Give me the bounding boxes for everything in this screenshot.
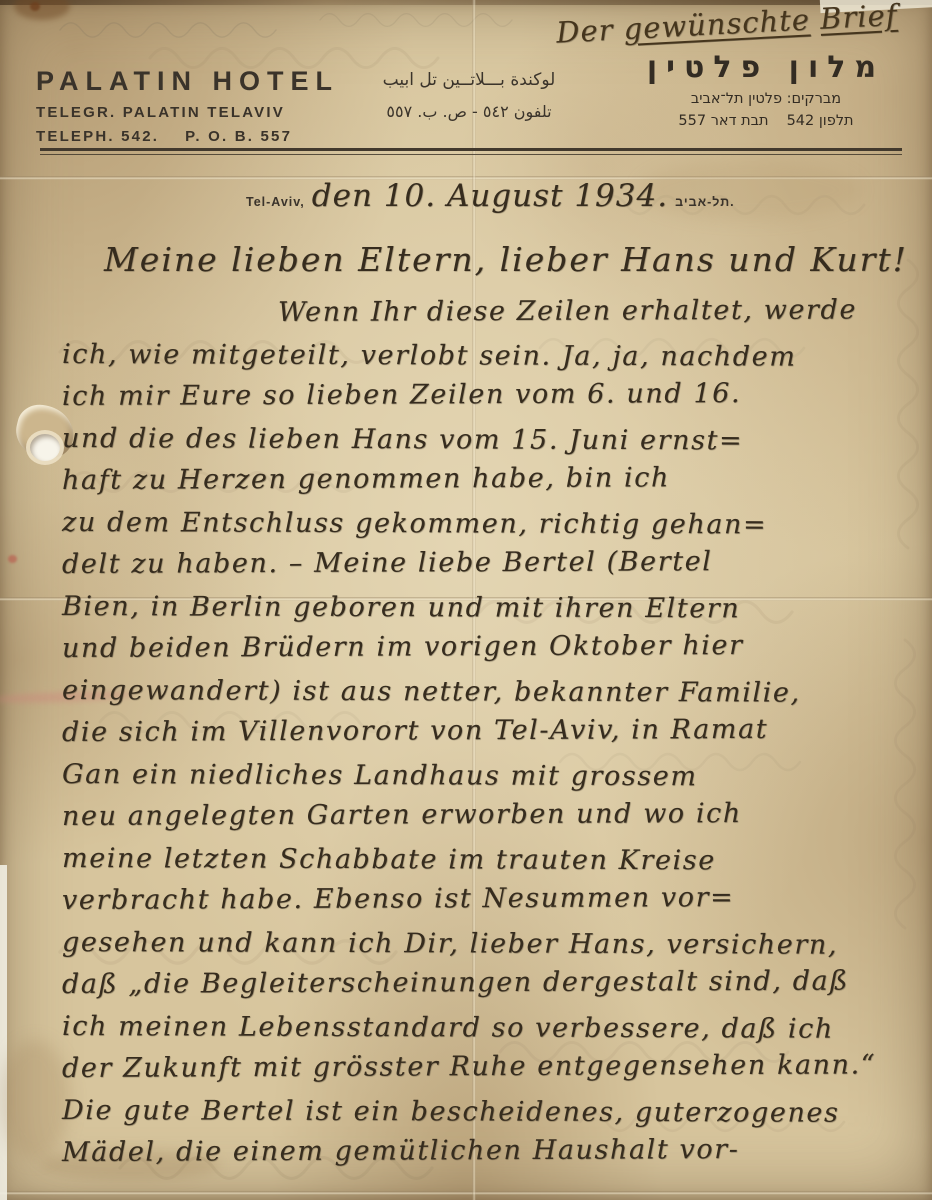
stain xyxy=(0,1040,70,1160)
pob-hebrew: תבת דאר 557 xyxy=(678,113,768,129)
letterhead-latin: PALATIN HOTEL TELEGR. PALATIN TELAVIV TE… xyxy=(36,66,339,145)
fold-crease-horizontal xyxy=(0,1191,932,1195)
stain xyxy=(8,555,17,563)
phone-pob-hebrew: תלפון 542תבת דאר 557 xyxy=(616,113,916,129)
letter-line: neu angelegten Garten erworben und wo ic… xyxy=(62,797,907,843)
telegraph-line: TELEGR. PALATIN TELAVIV xyxy=(36,104,339,121)
date-line: Tel-Aviv, den 10. August 1934. תל-אביב. xyxy=(246,178,735,214)
pob-latin: P. O. B. 557 xyxy=(185,128,292,145)
letterhead-arabic: لوكندة بـــلاتــين تل ابيب تلفون ٥٤٢ - ص… xyxy=(333,70,605,121)
letter-line: delt zu haben. – Meine liebe Bertel (Ber… xyxy=(62,545,907,591)
letter-line: der Zukunft mit grösster Ruhe entgegense… xyxy=(62,1049,907,1095)
hotel-name-latin: PALATIN HOTEL xyxy=(36,66,339,97)
letterhead-hebrew: מלון פלטין מברקים: פלטין תל־אביב תלפון 5… xyxy=(616,50,916,129)
letter-line: und beiden Brüdern im vorigen Oktober hi… xyxy=(62,629,907,675)
letter-body: Wenn Ihr diese Zeilen erhaltet, werde ic… xyxy=(62,297,907,1179)
printed-city-hebrew: תל-אביב. xyxy=(675,195,735,209)
letterhead-divider-rule xyxy=(40,148,902,155)
letter-scan-page: Der gewünschte Brief PALATIN HOTEL TELEG… xyxy=(0,0,932,1200)
phone-latin: TELEPH. 542. xyxy=(36,128,159,145)
punch-hole xyxy=(30,434,60,461)
letter-line: daß „die Begleiterscheinungen dergestalt… xyxy=(62,965,907,1011)
letter-line: Mädel, die einem gemütlichen Haushalt vo… xyxy=(62,1133,907,1179)
annotation-word: Der xyxy=(555,13,614,50)
letter-line: ich mir Eure so lieben Zeilen vom 6. und… xyxy=(62,377,907,423)
annotation-word-underlined: gewünschte xyxy=(623,2,811,46)
phone-pob-line: TELEPH. 542.P. O. B. 557 xyxy=(36,128,339,145)
telegrams-hebrew: מברקים: פלטין תל־אביב xyxy=(616,91,916,107)
printed-city: Tel-Aviv, xyxy=(246,195,305,209)
letter-line: die sich im Villenvorort von Tel-Aviv, i… xyxy=(62,713,907,759)
annotation-word-underlined: Brief xyxy=(819,0,898,36)
handwritten-annotation: Der gewünschte Brief xyxy=(555,0,926,50)
hotel-name-arabic: لوكندة بـــلاتــين تل ابيب xyxy=(333,70,605,90)
salutation: Meine lieben Eltern, lieber Hans und Kur… xyxy=(104,240,908,279)
scan-edge-left xyxy=(0,865,7,1200)
phone-pob-arabic: تلفون ٥٤٢ - ص. ب. ٥٥٧ xyxy=(333,102,605,121)
handwritten-date: den 10. August 1934. xyxy=(312,178,668,214)
phone-hebrew: תלפון 542 xyxy=(787,113,854,129)
letter-line: Wenn Ihr diese Zeilen erhaltet, werde xyxy=(278,294,907,339)
letter-line: verbracht habe. Ebenso ist Nesummen vor= xyxy=(62,881,907,927)
letter-line: haft zu Herzen genommen habe, bin ich xyxy=(62,461,907,507)
hotel-name-hebrew: מלון פלטין xyxy=(616,50,916,85)
